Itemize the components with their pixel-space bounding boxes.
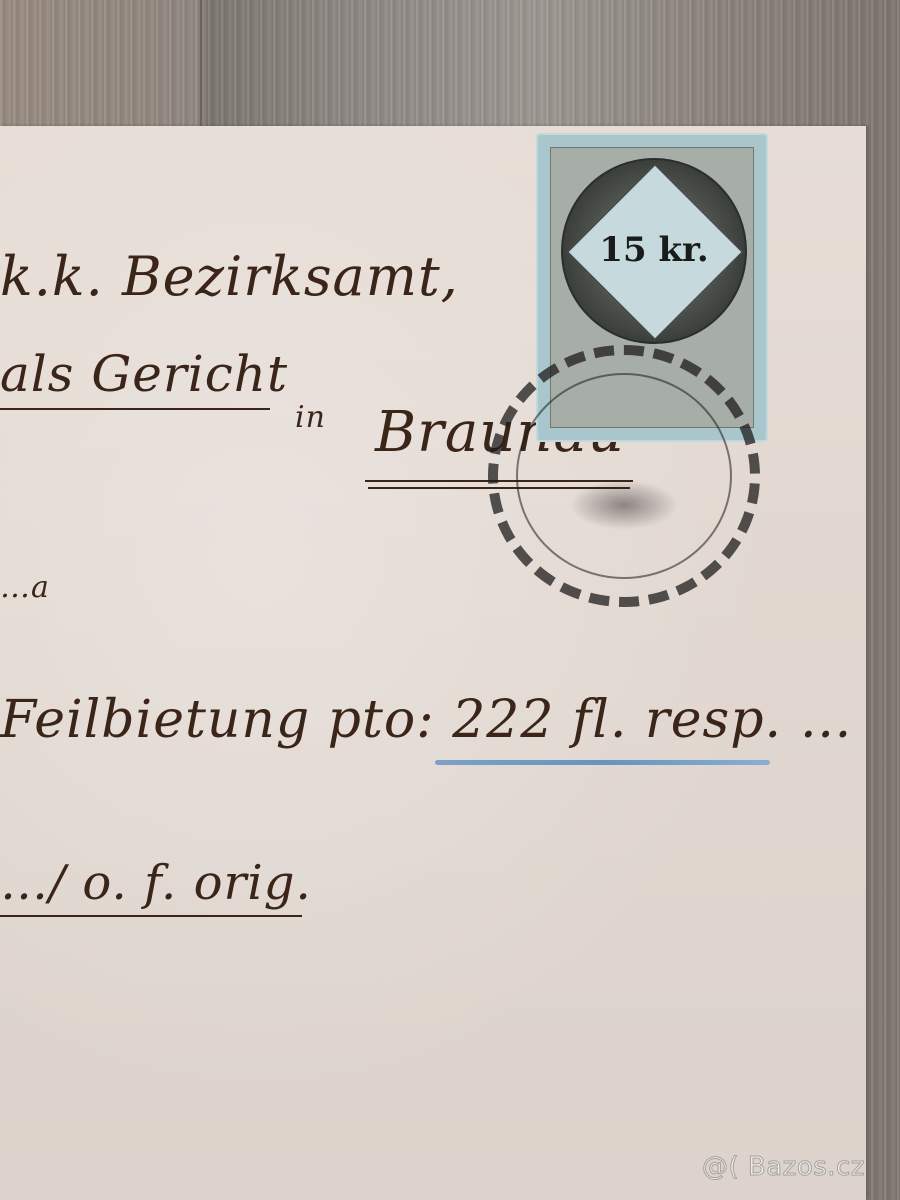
underline-court <box>0 408 270 410</box>
handwriting-fragment: …a <box>0 570 50 605</box>
circular-postmark <box>488 345 760 607</box>
handwriting-line-orig: …/ o. f. orig. <box>0 855 312 911</box>
handwriting-line-court: als Gericht <box>0 345 288 403</box>
wood-plank-seam <box>200 0 202 130</box>
handwriting-line-auction: Feilbietung pto: 222 fl. resp. … <box>0 690 853 750</box>
blue-pencil-underline <box>435 760 770 765</box>
postmark-center-emblem <box>569 480 679 530</box>
underline-orig <box>0 915 302 917</box>
double-headed-eagle-icon: 15 kr. <box>561 158 747 344</box>
bazos-watermark: @( Bazos.cz <box>702 1152 865 1182</box>
handwriting-word-in: in <box>295 400 326 435</box>
postmark-inner-ring <box>516 373 732 579</box>
handwriting-line-office: k.k. Bezirksamt, <box>0 245 459 308</box>
stamp-denomination: 15 kr. <box>563 230 745 270</box>
